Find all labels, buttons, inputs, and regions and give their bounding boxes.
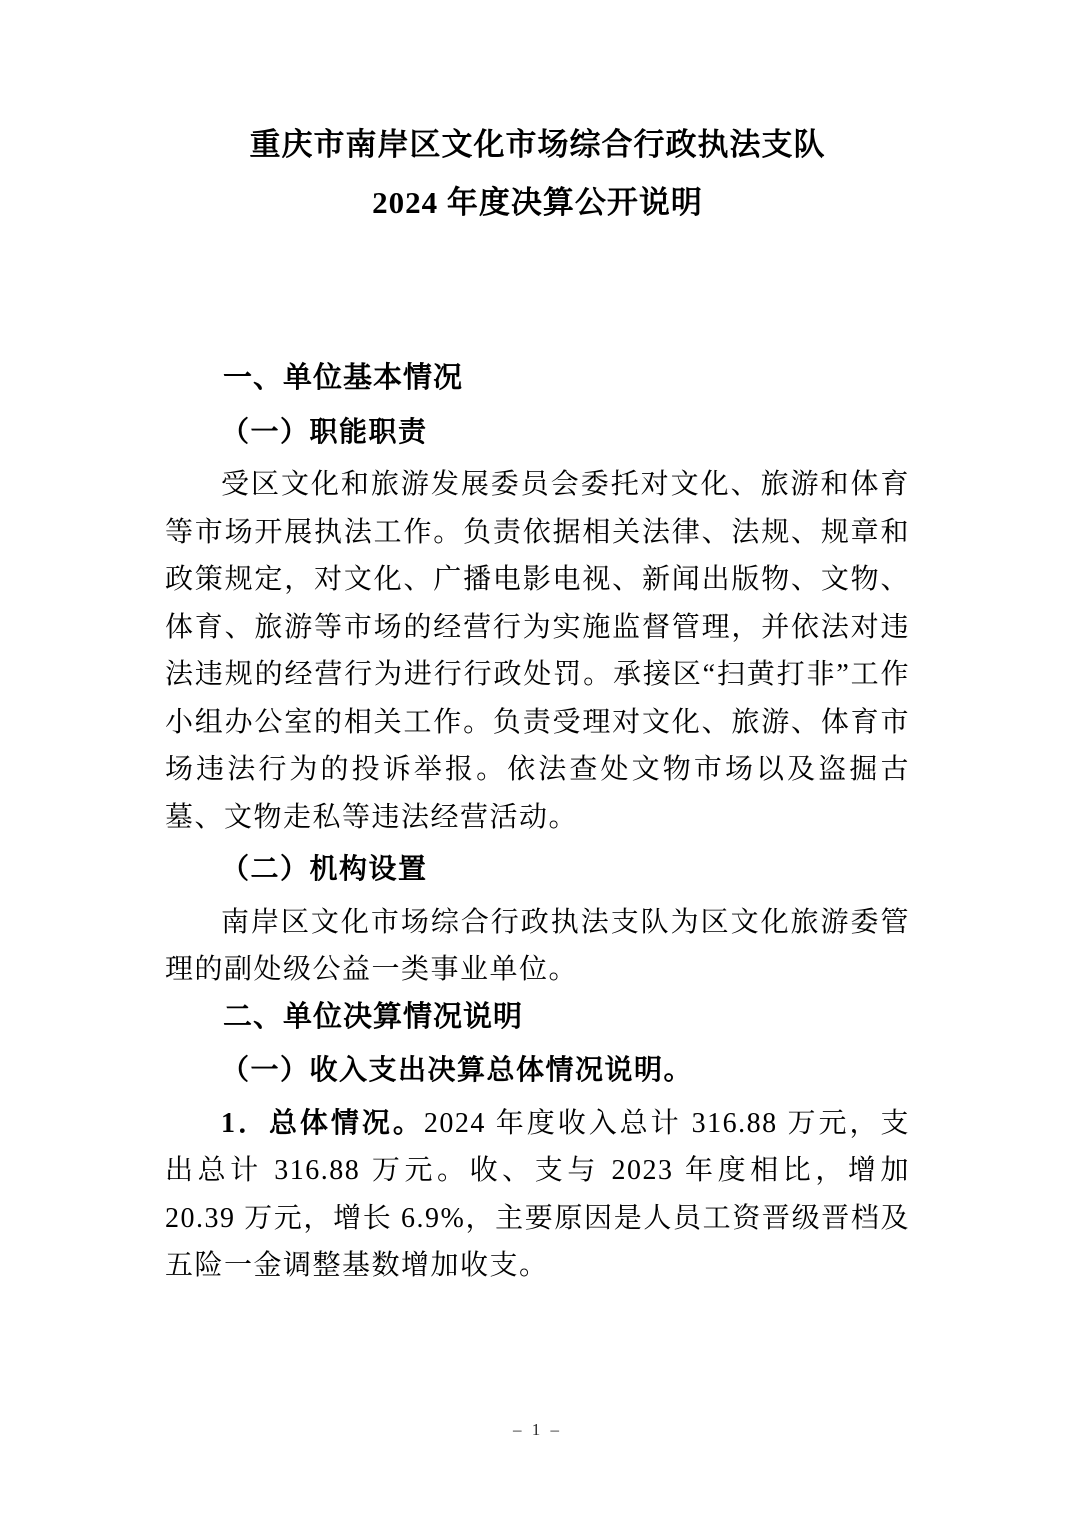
document-body: 一、单位基本情况 （一）职能职责 受区文化和旅游发展委员会委托对文化、旅游和体育…: [165, 355, 910, 1290]
section-heading-basic-info: 一、单位基本情况: [165, 355, 910, 403]
paragraph-overall-lead: 1．总体情况。: [221, 1108, 424, 1139]
paragraph-organization: 南岸区文化市场综合行政执法支队为区文化旅游委管理的副处级公益一类事业单位。: [165, 899, 910, 994]
subsection-heading-duties: （一）职能职责: [165, 409, 910, 457]
paragraph-duties: 受区文化和旅游发展委员会委托对文化、旅游和体育等市场开展执法工作。负责依据相关法…: [165, 461, 910, 841]
subsection-heading-income-expenditure: （一）收入支出决算总体情况说明。: [165, 1047, 910, 1095]
page-number: – 1 –: [0, 1420, 1075, 1440]
paragraph-overall-situation: 1．总体情况。2024 年度收入总计 316.88 万元，支出总计 316.88…: [165, 1100, 910, 1290]
subsection-heading-organization: （二）机构设置: [165, 846, 910, 894]
document-title-line1: 重庆市南岸区文化市场综合行政执法支队: [0, 116, 1075, 174]
document-title-line2: 2024 年度决算公开说明: [0, 174, 1075, 232]
section-heading-final-accounts: 二、单位决算情况说明: [165, 994, 910, 1042]
document-page: 重庆市南岸区文化市场综合行政执法支队 2024 年度决算公开说明 一、单位基本情…: [0, 0, 1075, 1520]
document-title: 重庆市南岸区文化市场综合行政执法支队 2024 年度决算公开说明: [0, 0, 1075, 232]
